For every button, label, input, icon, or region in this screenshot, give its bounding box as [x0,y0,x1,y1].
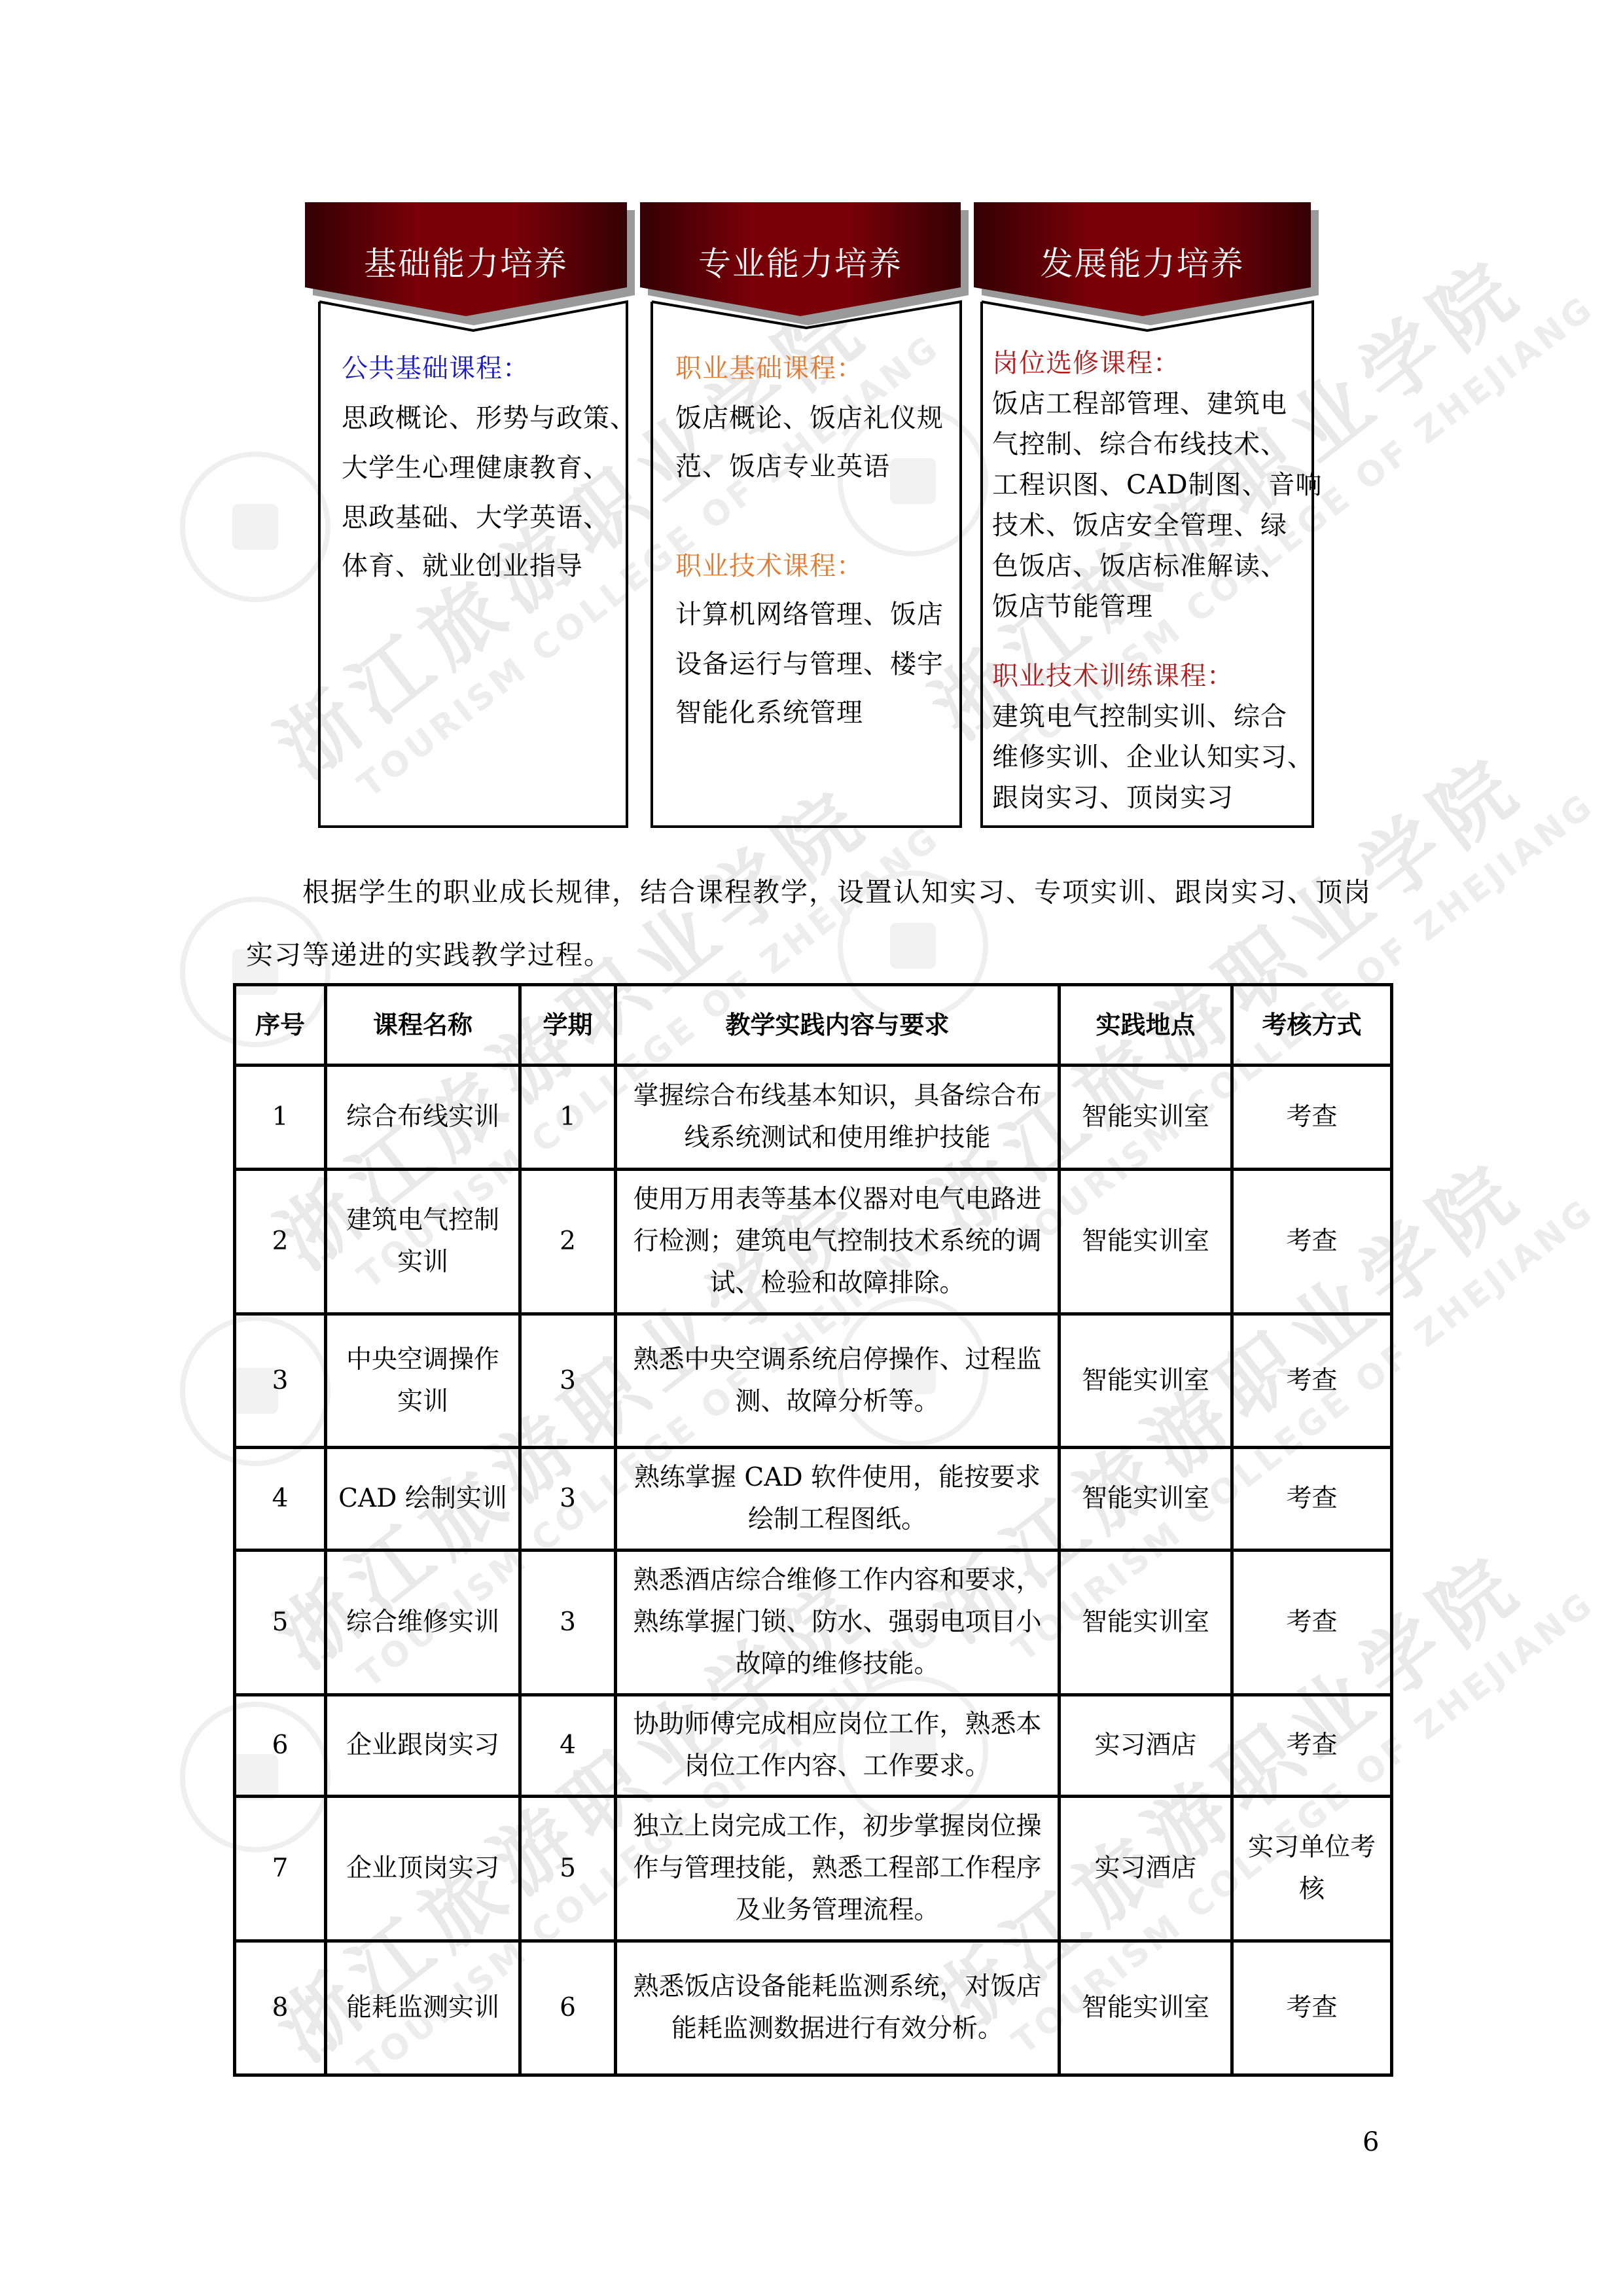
section-heading: 岗位选修课程： [992,342,1180,380]
watermark-seal [180,452,330,602]
section-heading: 职业技术课程： [675,545,863,583]
cell-no: 3 [235,1314,326,1448]
cell-no: 8 [235,1941,326,2075]
cell-place: 实习酒店 [1060,1797,1232,1941]
cell-no: 1 [235,1066,326,1170]
course-box-basic: 公共基础课程： 思政概论、形势与政策、 大学生心理健康教育、 思政基础、大学英语… [318,298,628,829]
cell-course: CAD 绘制实训 [326,1448,520,1551]
section-heading: 职业基础课程： [675,348,863,385]
course-line: 跟岗实习、顶岗实习 [992,777,1234,814]
cell-course: 企业跟岗实习 [326,1695,520,1797]
course-line: 思政基础、大学英语、 [342,497,610,534]
table-row: 4 CAD 绘制实训 3 熟练掌握 CAD 软件使用，能按要求绘制工程图纸。 智… [235,1448,1392,1551]
cell-course: 企业顶岗实习 [326,1797,520,1941]
banner-label: 发展能力培养 [974,238,1311,285]
practice-table: 序号 课程名称 学期 教学实践内容与要求 实践地点 考核方式 1 综合布线实训 … [233,983,1393,2077]
cell-course: 综合布线实训 [326,1066,520,1170]
header-place: 实践地点 [1060,985,1232,1066]
course-line: 建筑电气控制实训、综合 [992,696,1287,733]
header-no: 序号 [235,985,326,1066]
page-number: 6 [1363,2127,1379,2157]
cell-no: 4 [235,1448,326,1551]
body-paragraph-line-2: 实习等递进的实践教学过程。 [246,933,612,972]
cell-term: 5 [520,1797,616,1941]
table-row: 1 综合布线实训 1 掌握综合布线基本知识，具备综合布线系统测试和使用维护技能 … [235,1066,1392,1170]
cell-no: 6 [235,1695,326,1797]
cell-assessment: 考查 [1232,1695,1392,1797]
cell-term: 3 [520,1448,616,1551]
cell-content: 协助师傅完成相应岗位工作，熟悉本岗位工作内容、工作要求。 [616,1695,1060,1797]
table-row: 2 建筑电气控制实训 2 使用万用表等基本仪器对电气电路进行检测；建筑电气控制技… [235,1170,1392,1314]
table-row: 6 企业跟岗实习 4 协助师傅完成相应岗位工作，熟悉本岗位工作内容、工作要求。 … [235,1695,1392,1797]
course-line: 饭店工程部管理、建筑电 [992,383,1287,420]
course-line: 气控制、综合布线技术、 [992,423,1287,461]
cell-content: 熟悉中央空调系统启停操作、过程监测、故障分析等。 [616,1314,1060,1448]
header-term: 学期 [520,985,616,1066]
course-line: 技术、饭店安全管理、绿 [992,505,1287,542]
course-line: 设备运行与管理、楼宇 [675,643,944,681]
cell-assessment: 考查 [1232,1448,1392,1551]
header-content: 教学实践内容与要求 [616,985,1060,1066]
cell-place: 智能实训室 [1060,1941,1232,2075]
cell-no: 2 [235,1170,326,1314]
course-line: 维修实训、企业认知实习、 [992,736,1314,774]
banner-label: 专业能力培养 [640,238,961,285]
cell-assessment: 考查 [1232,1170,1392,1314]
cell-no: 7 [235,1797,326,1941]
cell-term: 3 [520,1551,616,1695]
table-row: 5 综合维修实训 3 熟悉酒店综合维修工作内容和要求，熟练掌握门锁、防水、强弱电… [235,1551,1392,1695]
cell-assessment: 实习单位考核 [1232,1797,1392,1941]
course-line: 大学生心理健康教育、 [342,447,610,484]
banner-label: 基础能力培养 [305,238,627,285]
course-box-professional: 职业基础课程： 饭店概论、饭店礼仪规 范、饭店专业英语 职业技术课程： 计算机网… [651,298,962,829]
course-line: 工程识图、CAD制图、音响 [992,464,1323,501]
cell-course: 中央空调操作实训 [326,1314,520,1448]
course-line: 体育、就业创业指导 [342,545,583,583]
table-header-row: 序号 课程名称 学期 教学实践内容与要求 实践地点 考核方式 [235,985,1392,1066]
cell-course: 能耗监测实训 [326,1941,520,2075]
cell-term: 3 [520,1314,616,1448]
cell-place: 实习酒店 [1060,1695,1232,1797]
course-line: 色饭店、饭店标准解读、 [992,545,1287,583]
cell-term: 2 [520,1170,616,1314]
table-row: 7 企业顶岗实习 5 独立上岗完成工作，初步掌握岗位操作与管理技能，熟悉工程部工… [235,1797,1392,1941]
section-heading: 职业技术训练课程： [992,655,1234,692]
course-line: 思政概论、形势与政策、 [342,397,637,435]
cell-assessment: 考查 [1232,1551,1392,1695]
header-assessment: 考核方式 [1232,985,1392,1066]
course-box-development: 岗位选修课程： 饭店工程部管理、建筑电 气控制、综合布线技术、 工程识图、CAD… [980,298,1314,829]
table-row: 8 能耗监测实训 6 熟悉饭店设备能耗监测系统，对饭店能耗监测数据进行有效分析。… [235,1941,1392,2075]
table-row: 3 中央空调操作实训 3 熟悉中央空调系统启停操作、过程监测、故障分析等。 智能… [235,1314,1392,1448]
cell-course: 建筑电气控制实训 [326,1170,520,1314]
cell-assessment: 考查 [1232,1314,1392,1448]
course-line: 饭店概论、饭店礼仪规 [675,397,944,435]
cell-no: 5 [235,1551,326,1695]
cell-place: 智能实训室 [1060,1170,1232,1314]
cell-term: 4 [520,1695,616,1797]
cell-content: 熟练掌握 CAD 软件使用，能按要求绘制工程图纸。 [616,1448,1060,1551]
course-line: 计算机网络管理、饭店 [675,594,944,631]
cell-course: 综合维修实训 [326,1551,520,1695]
cell-place: 智能实训室 [1060,1066,1232,1170]
cell-assessment: 考查 [1232,1066,1392,1170]
course-line: 智能化系统管理 [675,692,863,729]
cell-place: 智能实训室 [1060,1314,1232,1448]
cell-content: 熟悉酒店综合维修工作内容和要求，熟练掌握门锁、防水、强弱电项目小故障的维修技能。 [616,1551,1060,1695]
cell-content: 熟悉饭店设备能耗监测系统，对饭店能耗监测数据进行有效分析。 [616,1941,1060,2075]
cell-content: 掌握综合布线基本知识，具备综合布线系统测试和使用维护技能 [616,1066,1060,1170]
course-line: 范、饭店专业英语 [675,446,890,483]
cell-assessment: 考查 [1232,1941,1392,2075]
section-heading: 公共基础课程： [342,348,529,385]
course-line: 饭店节能管理 [992,586,1153,623]
cell-term: 6 [520,1941,616,2075]
cell-content: 独立上岗完成工作，初步掌握岗位操作与管理技能，熟悉工程部工作程序及业务管理流程。 [616,1797,1060,1941]
cell-term: 1 [520,1066,616,1170]
cell-place: 智能实训室 [1060,1448,1232,1551]
header-course: 课程名称 [326,985,520,1066]
cell-place: 智能实训室 [1060,1551,1232,1695]
cell-content: 使用万用表等基本仪器对电气电路进行检测；建筑电气控制技术系统的调试、检验和故障排… [616,1170,1060,1314]
body-paragraph-line-1: 根据学生的职业成长规律，结合课程教学，设置认知实习、专项实训、跟岗实习、顶岗 [302,870,1372,909]
